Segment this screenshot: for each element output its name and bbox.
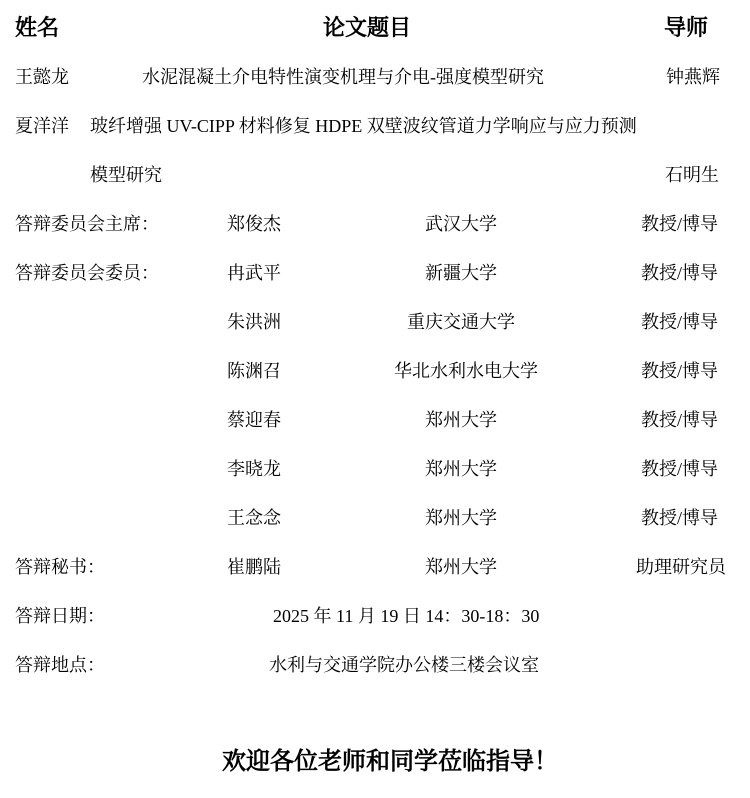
thesis-title-line1: 玻纤增强 UV-CIPP 材料修复 HDPE 双壁波纹管道力学响应与应力预测 bbox=[90, 114, 637, 138]
member-title: 教授/博导 bbox=[641, 457, 718, 481]
member-title: 教授/博导 bbox=[641, 359, 718, 383]
header-name: 姓名 bbox=[15, 14, 59, 42]
member-name: 崔鹏陆 bbox=[227, 555, 281, 579]
member-name: 陈渊召 bbox=[227, 359, 281, 383]
member-name: 蔡迎春 bbox=[227, 408, 281, 432]
member-title: 教授/博导 bbox=[641, 261, 718, 285]
member-affiliation: 华北水利水电大学 bbox=[394, 359, 538, 383]
thesis-title: 水泥混凝土介电特性演变机理与介电-强度模型研究 bbox=[142, 65, 544, 89]
student-name: 夏洋洋 bbox=[15, 114, 69, 138]
member-name: 李晓龙 bbox=[227, 457, 281, 481]
student-name: 王懿龙 bbox=[15, 65, 69, 89]
member-affiliation: 郑州大学 bbox=[425, 408, 497, 432]
member-name: 郑俊杰 bbox=[227, 212, 281, 236]
date-label: 答辩日期： bbox=[15, 604, 105, 628]
thesis-title-line2: 模型研究 bbox=[90, 163, 162, 187]
member-affiliation: 武汉大学 bbox=[425, 212, 497, 236]
member-title: 教授/博导 bbox=[641, 408, 718, 432]
secretary-label: 答辩秘书： bbox=[15, 555, 105, 579]
member-affiliation: 郑州大学 bbox=[425, 506, 497, 530]
member-affiliation: 郑州大学 bbox=[425, 555, 497, 579]
header-advisor: 导师 bbox=[664, 14, 708, 42]
member-title: 教授/博导 bbox=[641, 212, 718, 236]
date-value: 2025 年 11 月 19 日 14：30-18：30 bbox=[273, 604, 539, 628]
location-label: 答辩地点： bbox=[15, 653, 105, 677]
chair-label: 答辩委员会主席： bbox=[15, 212, 159, 236]
member-title: 助理研究员 bbox=[636, 555, 726, 579]
advisor-name: 钟燕辉 bbox=[666, 65, 720, 89]
member-name: 朱洪洲 bbox=[227, 310, 281, 334]
member-title: 教授/博导 bbox=[641, 506, 718, 530]
advisor-name: 石明生 bbox=[665, 163, 719, 187]
member-name: 王念念 bbox=[227, 506, 281, 530]
members-label: 答辩委员会委员： bbox=[15, 261, 159, 285]
member-affiliation: 新疆大学 bbox=[425, 261, 497, 285]
member-name: 冉武平 bbox=[227, 261, 281, 285]
member-affiliation: 重庆交通大学 bbox=[407, 310, 515, 334]
member-affiliation: 郑州大学 bbox=[425, 457, 497, 481]
member-title: 教授/博导 bbox=[641, 310, 718, 334]
header-thesis-title: 论文题目 bbox=[323, 14, 411, 42]
welcome-message: 欢迎各位老师和同学莅临指导！ bbox=[222, 747, 558, 777]
location-value: 水利与交通学院办公楼三楼会议室 bbox=[269, 653, 539, 677]
